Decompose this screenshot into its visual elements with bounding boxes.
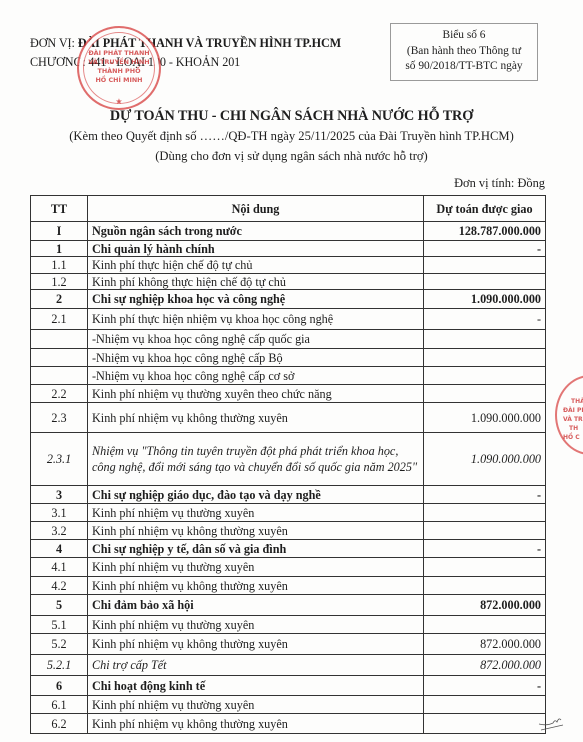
table-row: 1.2Kinh phí không thực hiện chế độ tự ch… (31, 274, 546, 290)
row-estimate (424, 616, 546, 634)
header-estimate: Dự toán được giao (424, 196, 546, 222)
row-estimate: 128.787.000.000 (424, 222, 546, 241)
row-content: Kinh phí nhiệm vụ không thường xuyên (88, 403, 424, 433)
side-stamp-line1: THÀ (563, 397, 583, 406)
side-stamp-line4: TH (563, 424, 583, 433)
table-row: 6Chi hoạt động kinh tế- (31, 676, 546, 696)
stamp-line2: VÀ TRUYỀN HÌNH (79, 58, 159, 67)
table-row: 2.1Kinh phí thực hiện nhiệm vụ khoa học … (31, 309, 546, 330)
row-content: Kinh phí nhiệm vụ thường xuyên theo chức… (88, 385, 424, 403)
row-content: Kinh phí nhiệm vụ thường xuyên (88, 616, 424, 634)
row-content: Nguồn ngân sách trong nước (88, 222, 424, 241)
currency-unit-note: Đơn vị tính: Đồng (454, 176, 545, 191)
table-row: 6.1Kinh phí nhiệm vụ thường xuyên (31, 696, 546, 714)
row-estimate (424, 504, 546, 522)
row-estimate: - (424, 540, 546, 558)
row-estimate (424, 385, 546, 403)
row-estimate: - (424, 309, 546, 330)
row-content: -Nhiệm vụ khoa học công nghệ cấp Bộ (88, 349, 424, 367)
document-subtitle-decision: (Kèm theo Quyết định số ……/QĐ-TH ngày 25… (0, 129, 583, 144)
row-estimate (424, 696, 546, 714)
row-estimate: - (424, 486, 546, 504)
row-tt: 6.1 (31, 696, 88, 714)
row-content: Chi trợ cấp Tết (88, 655, 424, 676)
table-row: 4.1Kinh phí nhiệm vụ thường xuyên (31, 558, 546, 577)
row-tt: 3.2 (31, 522, 88, 540)
row-tt: 2 (31, 290, 88, 309)
table-row: 5.2Kinh phí nhiệm vụ không thường xuyên8… (31, 634, 546, 655)
row-tt: 2.1 (31, 309, 88, 330)
official-seal-stamp: ĐÀI PHÁT THANH VÀ TRUYỀN HÌNH THÀNH PHỐ … (77, 26, 161, 110)
header-content: Nội dung (88, 196, 424, 222)
row-content: Chi hoạt động kinh tế (88, 676, 424, 696)
row-estimate: - (424, 676, 546, 696)
table-row: 2.3Kinh phí nhiệm vụ không thường xuyên1… (31, 403, 546, 433)
row-tt: 5.1 (31, 616, 88, 634)
row-tt: 5 (31, 595, 88, 616)
table-row: 5.2.1Chi trợ cấp Tết872.000.000 (31, 655, 546, 676)
row-content: Kinh phí nhiệm vụ không thường xuyên (88, 522, 424, 540)
row-content: Kinh phí nhiệm vụ thường xuyên (88, 558, 424, 577)
row-tt (31, 330, 88, 349)
row-tt: 6 (31, 676, 88, 696)
row-content: Kinh phí thực hiện nhiệm vụ khoa học côn… (88, 309, 424, 330)
row-estimate (424, 714, 546, 734)
form-box-line1: Biểu số 6 (391, 28, 537, 44)
row-estimate (424, 349, 546, 367)
table-row: -Nhiệm vụ khoa học công nghệ cấp quốc gi… (31, 330, 546, 349)
row-estimate (424, 558, 546, 577)
table-row: 5Chi đảm bảo xã hội872.000.000 (31, 595, 546, 616)
row-content: -Nhiệm vụ khoa học công nghệ cấp quốc gi… (88, 330, 424, 349)
header-tt: TT (31, 196, 88, 222)
row-content: Chi sự nghiệp y tế, dân số và gia đình (88, 540, 424, 558)
row-tt: 3.1 (31, 504, 88, 522)
row-tt: 5.2 (31, 634, 88, 655)
row-estimate (424, 367, 546, 385)
row-tt: 4.2 (31, 577, 88, 595)
row-content: Nhiệm vụ "Thông tin tuyên truyền đột phá… (88, 433, 424, 486)
row-estimate: 1.090.000.000 (424, 290, 546, 309)
row-content: Chi quản lý hành chính (88, 241, 424, 257)
table-row: INguồn ngân sách trong nước128.787.000.0… (31, 222, 546, 241)
stamp-line3: THÀNH PHỐ (79, 67, 159, 76)
row-estimate (424, 522, 546, 540)
row-content: Chi sự nghiệp giáo dục, đào tạo và dạy n… (88, 486, 424, 504)
document-title: DỰ TOÁN THU - CHI NGÂN SÁCH NHÀ NƯỚC HỖ … (0, 108, 583, 125)
table-row: -Nhiệm vụ khoa học công nghệ cấp cơ sở (31, 367, 546, 385)
stamp-line1: ĐÀI PHÁT THANH (79, 49, 159, 58)
row-estimate: 872.000.000 (424, 655, 546, 676)
star-icon: ★ (79, 97, 159, 106)
table-row: 1.1Kinh phí thực hiện chế độ tự chủ (31, 257, 546, 274)
table-row: 2Chi sự nghiệp khoa học và công nghệ1.09… (31, 290, 546, 309)
unit-line: ĐƠN VỊ: ĐÀI PHÁT THANH VÀ TRUYỀN HÌNH TP… (30, 36, 341, 51)
row-estimate: 872.000.000 (424, 595, 546, 616)
row-content: Kinh phí nhiệm vụ thường xuyên (88, 696, 424, 714)
table-row: 3Chi sự nghiệp giáo dục, đào tạo và dạy … (31, 486, 546, 504)
row-estimate: 1.090.000.000 (424, 403, 546, 433)
side-stamp-line2: ĐÀI PHÁ (563, 406, 583, 415)
row-tt: 2.3 (31, 403, 88, 433)
form-box-line2: (Ban hành theo Thông tư (391, 44, 537, 60)
row-content: Kinh phí nhiệm vụ không thường xuyên (88, 634, 424, 655)
row-tt: 3 (31, 486, 88, 504)
table-row: 3.1Kinh phí nhiệm vụ thường xuyên (31, 504, 546, 522)
table-row: 1Chi quản lý hành chính- (31, 241, 546, 257)
row-content: -Nhiệm vụ khoa học công nghệ cấp cơ sở (88, 367, 424, 385)
table-row: -Nhiệm vụ khoa học công nghệ cấp Bộ (31, 349, 546, 367)
row-estimate: 872.000.000 (424, 634, 546, 655)
row-tt (31, 367, 88, 385)
table-row: 6.2Kinh phí nhiệm vụ không thường xuyên (31, 714, 546, 734)
side-stamp-line5: HỒ C (563, 433, 583, 442)
table-row: 3.2Kinh phí nhiệm vụ không thường xuyên (31, 522, 546, 540)
table-row: 2.2Kinh phí nhiệm vụ thường xuyên theo c… (31, 385, 546, 403)
row-tt: 2.3.1 (31, 433, 88, 486)
document-subtitle-scope: (Dùng cho đơn vị sử dụng ngân sách nhà n… (0, 149, 583, 164)
unit-label: ĐƠN VỊ: (30, 36, 78, 50)
form-box-line3: số 90/2018/TT-BTC ngày (391, 59, 537, 75)
row-tt: 4.1 (31, 558, 88, 577)
stamp-line4: HỒ CHÍ MINH (79, 76, 159, 85)
row-estimate (424, 577, 546, 595)
row-content: Kinh phí nhiệm vụ không thường xuyên (88, 714, 424, 734)
row-content: Kinh phí không thực hiện chế độ tự chủ (88, 274, 424, 290)
form-reference-box: Biểu số 6 (Ban hành theo Thông tư số 90/… (390, 23, 538, 81)
row-estimate (424, 257, 546, 274)
signature-mark-icon (537, 714, 565, 732)
row-content: Kinh phí nhiệm vụ thường xuyên (88, 504, 424, 522)
row-tt: 4 (31, 540, 88, 558)
side-stamp-line3: VÀ TRU (563, 415, 583, 424)
row-estimate (424, 274, 546, 290)
row-content: Kinh phí thực hiện chế độ tự chủ (88, 257, 424, 274)
row-tt: 1 (31, 241, 88, 257)
table-row: 5.1Kinh phí nhiệm vụ thường xuyên (31, 616, 546, 634)
row-tt: 1.1 (31, 257, 88, 274)
table-row: 4.2Kinh phí nhiệm vụ không thường xuyên (31, 577, 546, 595)
budget-table: TT Nội dung Dự toán được giao INguồn ngâ… (30, 195, 546, 734)
row-tt: 1.2 (31, 274, 88, 290)
row-content: Chi sự nghiệp khoa học và công nghệ (88, 290, 424, 309)
row-tt: 6.2 (31, 714, 88, 734)
side-seal-stamp: THÀ ĐÀI PHÁ VÀ TRU TH HỒ C (555, 375, 583, 455)
row-tt: I (31, 222, 88, 241)
row-estimate (424, 330, 546, 349)
row-estimate: 1.090.000.000 (424, 433, 546, 486)
row-estimate: - (424, 241, 546, 257)
table-row: 2.3.1Nhiệm vụ "Thông tin tuyên truyền độ… (31, 433, 546, 486)
table-row: 4Chi sự nghiệp y tế, dân số và gia đình- (31, 540, 546, 558)
row-tt: 5.2.1 (31, 655, 88, 676)
row-content: Kinh phí nhiệm vụ không thường xuyên (88, 577, 424, 595)
table-header-row: TT Nội dung Dự toán được giao (31, 196, 546, 222)
row-content: Chi đảm bảo xã hội (88, 595, 424, 616)
row-tt: 2.2 (31, 385, 88, 403)
row-tt (31, 349, 88, 367)
